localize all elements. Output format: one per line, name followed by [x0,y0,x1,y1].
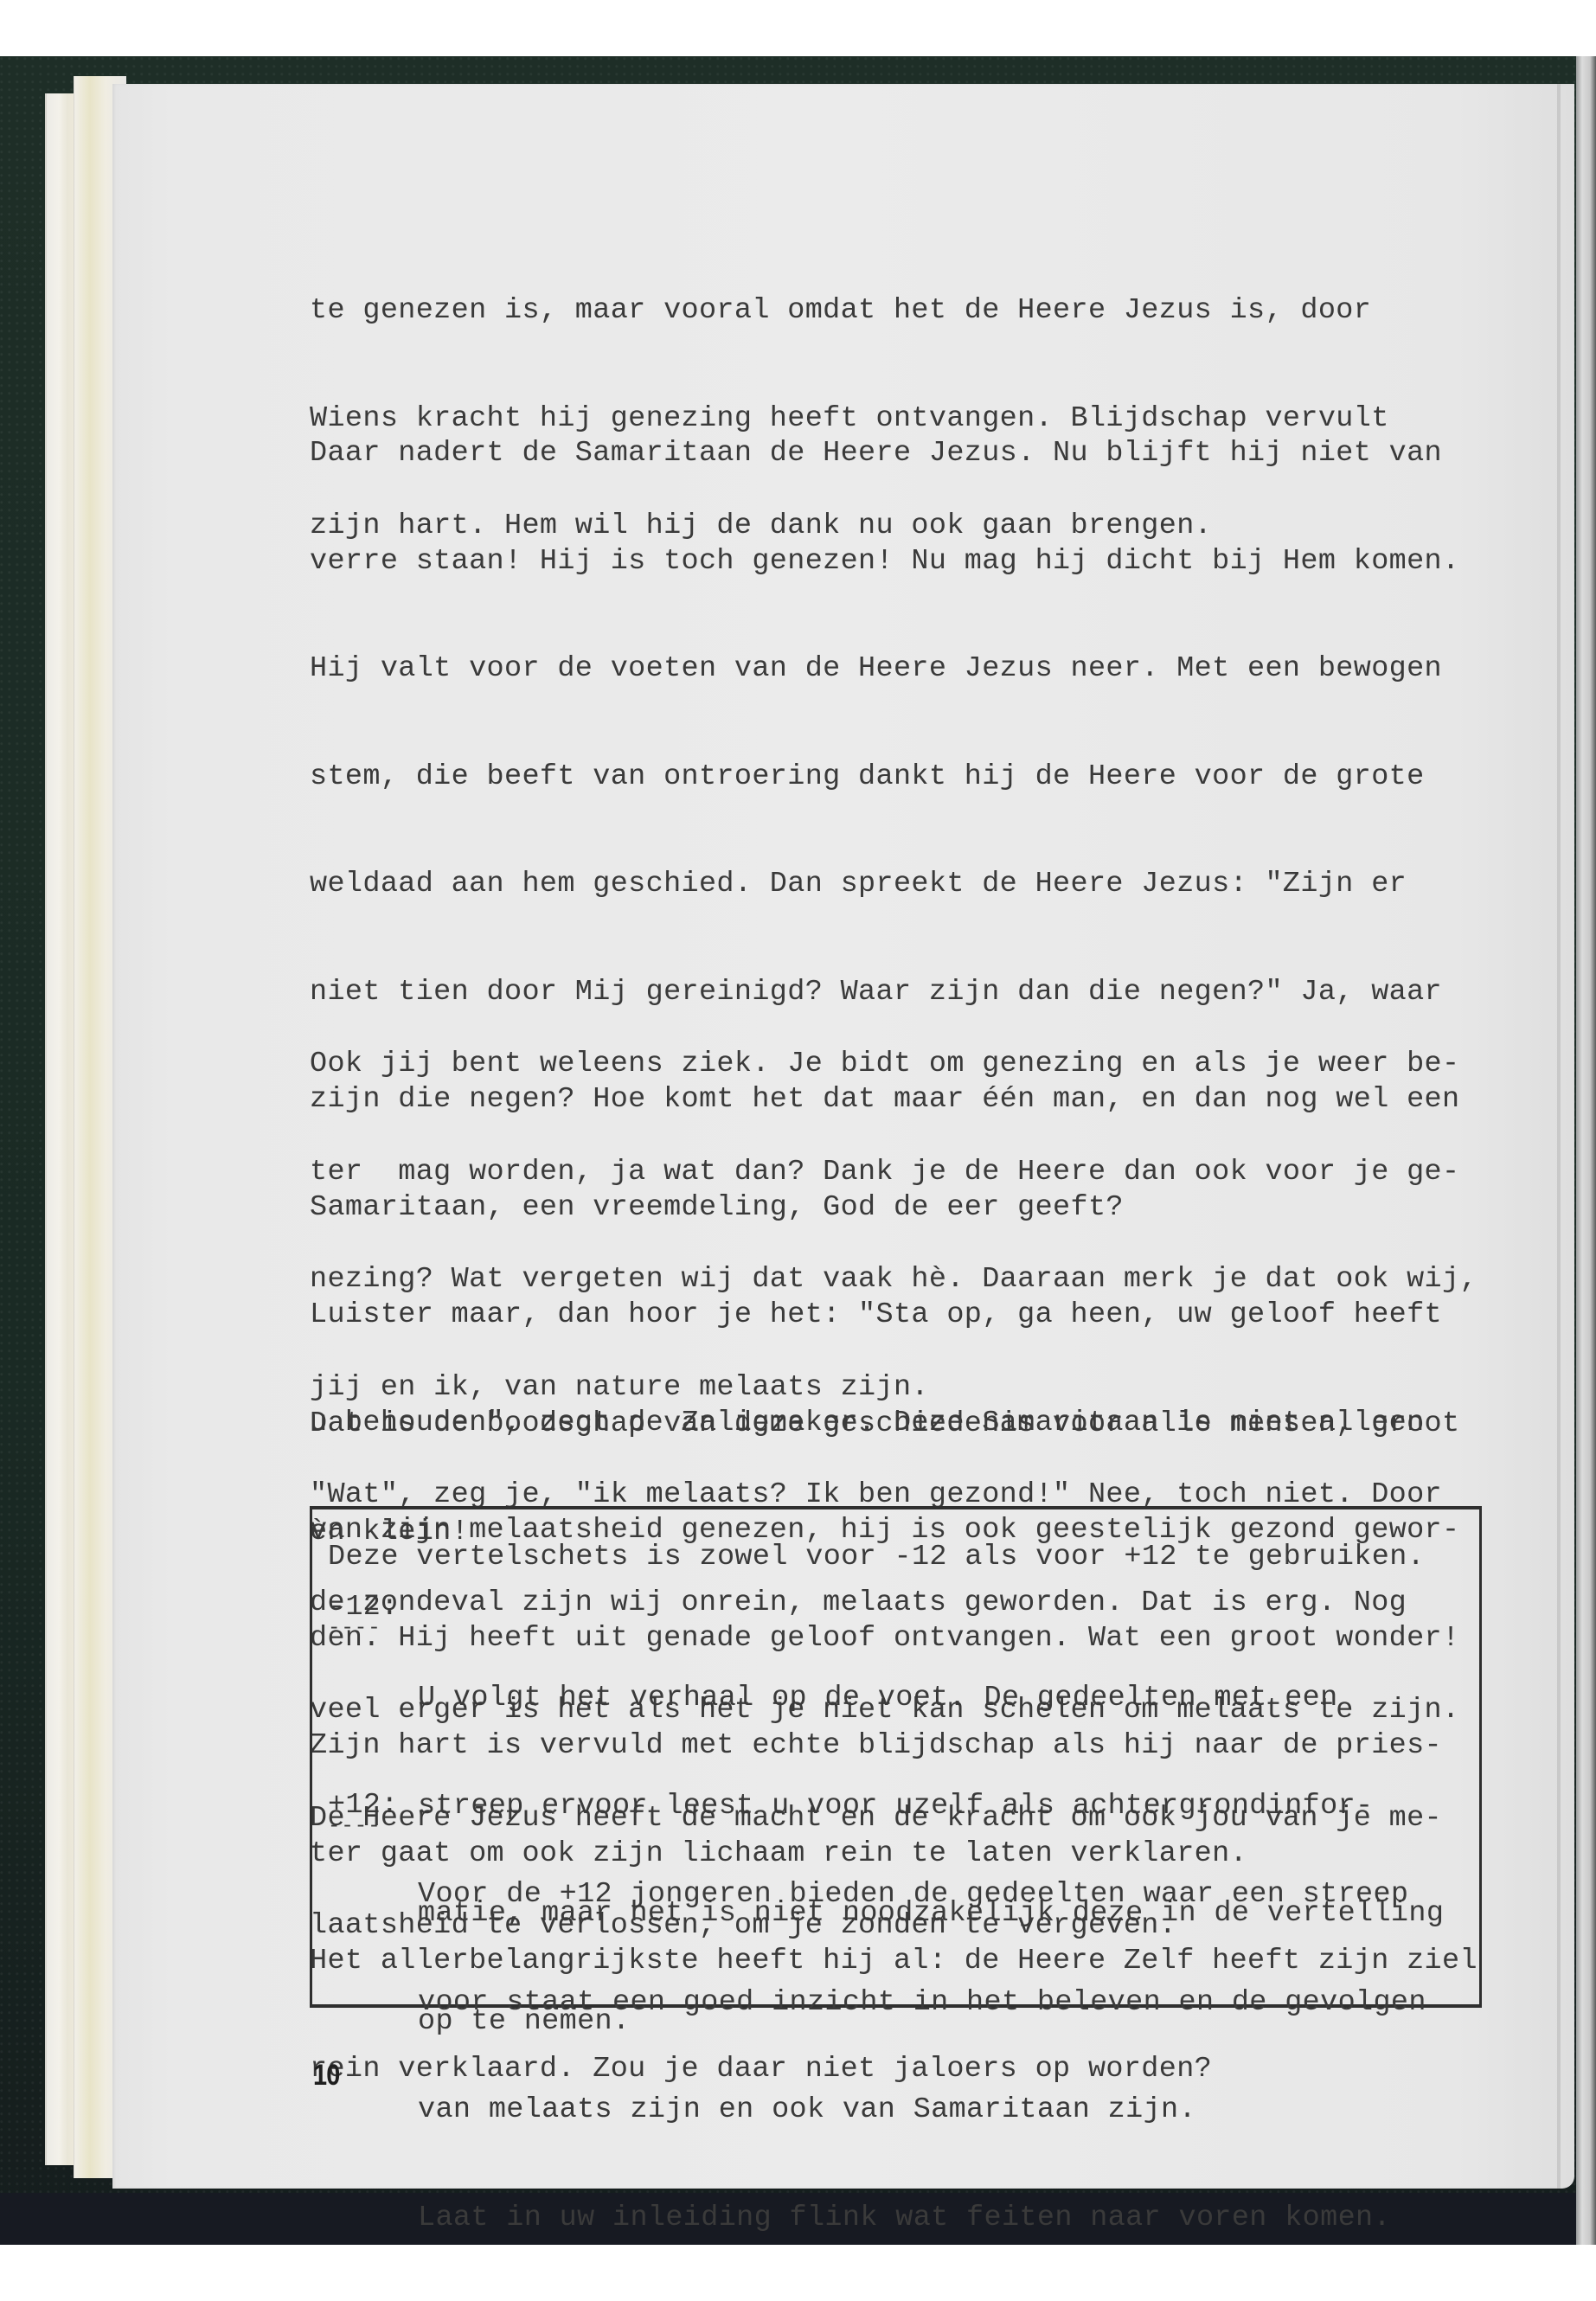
text-line: Ook jij bent weleens ziek. Je bidt om ge… [310,1047,1555,1083]
text-line: stem, die beeft van ontroering dankt hij… [310,760,1555,796]
page-fold-shadow [1557,84,1561,2189]
section-label-over-12: +12: ---- [328,1792,399,1836]
usage-note-box: Deze vertelschets is zowel voor -12 als … [310,1506,1482,2008]
text-line: nezing? Wat vergeten wij dat vaak hè. Da… [310,1262,1555,1298]
section-body-over-12: Voor de +12 jongeren bieden de gedeelten… [418,1805,1426,2301]
text-line: ter mag worden, ja wat dan? Dank je de H… [310,1155,1555,1191]
text-line: voor staat een goed inzicht in het belev… [418,1985,1426,2022]
usage-note-intro: Deze vertelschets is zowel voor -12 als … [328,1540,1425,1576]
text-line: te genezen is, maar vooral omdat het de … [310,293,1555,330]
section-label-under-12: -12: ---- [328,1594,399,1638]
page-number: 10 [313,2059,339,2093]
text-line: Daar nadert de Samaritaan de Heere Jezus… [310,436,1555,472]
text-line: Laat in uw inleiding flink wat feiten na… [418,2201,1426,2237]
text-line: weldaad aan hem geschied. Dan spreekt de… [310,867,1555,903]
text-line: Hij valt voor de voeten van de Heere Jez… [310,651,1555,688]
text-line: Dat is de boodschap van deze geschiedeni… [310,1407,1555,1443]
book-right-edge [1576,56,1596,2245]
text-line: verre staan! Hij is toch genezen! Nu mag… [310,544,1555,580]
text-line: U volgt het verhaal op de voet. De gedee… [418,1681,1444,1717]
text-line: Voor de +12 jongeren bieden de gedeelten… [418,1877,1426,1913]
text-line: van melaats zijn en ook van Samaritaan z… [418,2093,1426,2129]
